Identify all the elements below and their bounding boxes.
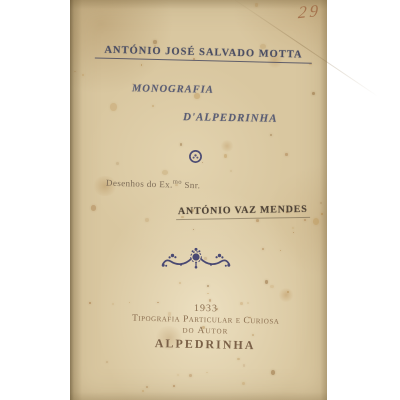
credit-superscript: mo xyxy=(173,179,182,186)
circle-fleuron-icon xyxy=(189,150,202,163)
book-title-page: 29 ANTÓNIO JOSÉ SALVADO MOTTA MONOGRAFIA… xyxy=(70,0,327,400)
handwritten-number: 29 xyxy=(297,1,321,24)
credit-prefix: Desenhos do Ex. xyxy=(106,178,173,190)
imprint-block: 1933 Tipografia Particular e Curiosa do … xyxy=(70,300,328,354)
credit-suffix: Snr. xyxy=(182,180,201,191)
floral-vignette-icon xyxy=(160,246,232,272)
scanned-book-cover: 29 ANTÓNIO JOSÉ SALVADO MOTTA MONOGRAFIA… xyxy=(0,0,400,400)
illustration-credit: Desenhos do Ex.mo Snr. xyxy=(106,177,201,191)
author-name: ANTÓNIO JOSÉ SALVADO MOTTA xyxy=(70,44,327,61)
illustrator-name: ANTÓNIO VAZ MENDES xyxy=(176,204,310,220)
work-title: MONOGRAFIA xyxy=(132,83,214,95)
paper-stain xyxy=(220,140,234,152)
work-subtitle: D'ALPEDRINHA xyxy=(183,111,278,125)
paper-stain xyxy=(278,288,294,302)
author-name-text: ANTÓNIO JOSÉ SALVADO MOTTA xyxy=(95,44,312,63)
